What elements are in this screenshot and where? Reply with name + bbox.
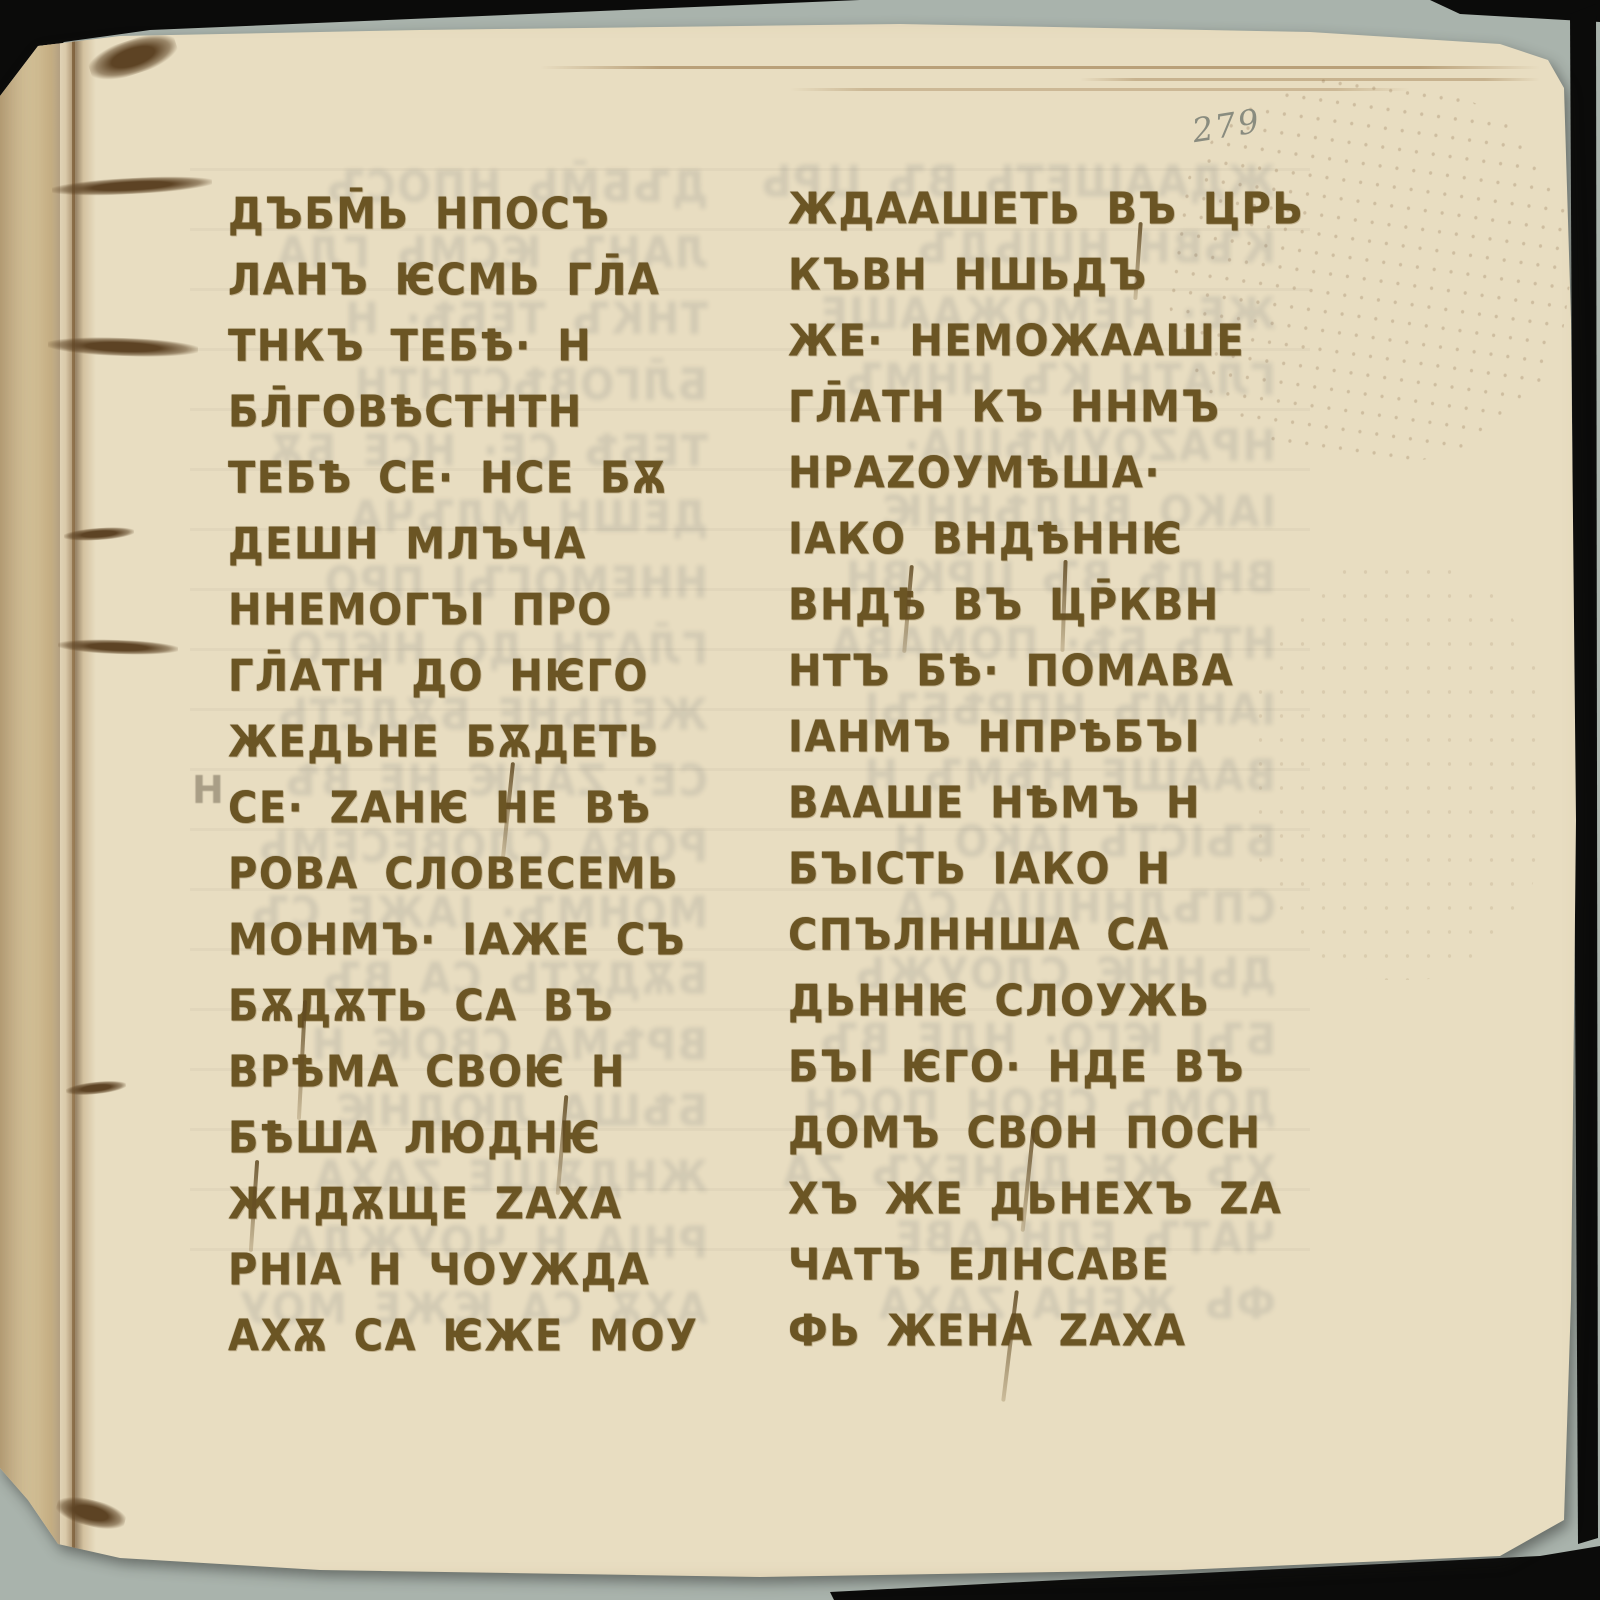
manuscript-line: ДОМЪ СВОН ПОСН (796, 1073, 1276, 1139)
manuscript-line: СЕ· ZАНѤ НЕ ВѢ (228, 775, 708, 841)
parchment-freckles (1146, 54, 1595, 486)
ink-showthrough-left: ДЪБМ̄Ь НПОСЪЛАНЪ ѤСМЬ ГЛ̄АТНКЪ ТЕБѢ· НБЛ… (238, 154, 708, 1342)
manuscript-line: РНІА Н ЧОУЖДА (228, 1237, 708, 1303)
manuscript-line: РНІА Н ЧОУЖДА (238, 1210, 708, 1276)
manuscript-line: БЪІСТЬ ІАКО Н (788, 836, 1278, 902)
manuscript-line: ЖДААШЕТЬ ВЪ ЦРЬ (796, 149, 1276, 215)
folio-number: 279 (1189, 101, 1263, 150)
manuscript-line: ЛАНЪ ѤСМЬ ГЛ̄А (238, 220, 708, 286)
manuscript-line: ДЬННѤ СЛОУЖЬ (788, 968, 1278, 1034)
sewing-stitch (66, 1079, 127, 1097)
manuscript-line: ВРѢМА СВОѤ Н (238, 1012, 708, 1078)
manuscript-line: ЧАТЪ ЕЛНСАВЕ (788, 1232, 1278, 1298)
binding-crease (72, 36, 75, 1552)
ink-descender-stroke (249, 1160, 259, 1252)
manuscript-line: ВААШЕ НѢМЪ Н (796, 743, 1276, 809)
sewing-stitch (64, 526, 135, 543)
manuscript-line: ІАНМЪ НПРѢБЪІ (796, 677, 1276, 743)
manuscript-line: ЖДААШЕТЬ ВЪ ЦРЬ (788, 176, 1278, 242)
leaf-edge-line (540, 66, 1540, 69)
manuscript-line: ГЛ̄АТН ДО НѤГО (238, 616, 708, 682)
manuscript-line: ЖЕ· НЕМОЖААШЕ (796, 281, 1276, 347)
manuscript-line: ДЕШН МЛЪЧА (228, 511, 708, 577)
manuscript-line: ВААШЕ НѢМЪ Н (788, 770, 1278, 836)
manuscript-line: СПЪЛННША СА (788, 902, 1278, 968)
manuscript-line: РОВА СЛОВЕСЕМЬ (238, 814, 708, 880)
manuscript-line: ТНКЪ ТЕБѢ· Н (238, 286, 708, 352)
sewing-stitch (48, 335, 199, 358)
manuscript-line: ННЕМОГЪІ ПРО (228, 577, 708, 643)
ink-descender-stroke (1001, 1290, 1019, 1402)
manuscript-line: БЛ̄ГОВѢСТНТН (238, 352, 708, 418)
manuscript-line: БѢША ЛЮДНѤ (228, 1105, 708, 1171)
manuscript-line: ЧАТЪ ЕЛНСАВЕ (796, 1205, 1276, 1271)
manuscript-line: ЖНДѪЩЕ ZАХА (238, 1144, 708, 1210)
manuscript-line: ТЕБѢ СЕ· НСЕ БѪ (238, 418, 708, 484)
leaf-edge-line (1080, 78, 1540, 81)
manuscript-line: АХѪ СА ѤЖЕ МОУ (238, 1276, 708, 1342)
manuscript-line: ЛАНЪ ѤСМЬ ГЛ̄А (228, 247, 708, 313)
manuscript-line: ЖЕДЬНЕ БѪДЕТЬ (238, 682, 708, 748)
ink-descender-stroke (1133, 222, 1142, 300)
manuscript-line: БЛ̄ГОВѢСТНТН (228, 379, 708, 445)
manuscript-line: МОНМЪ· ІАЖЕ СЪ (228, 907, 708, 973)
manuscript-line: ХЪ ЖЕ ДЬНЕХЪ ZА (788, 1166, 1278, 1232)
manuscript-line: ЖНДѪЩЕ ZАХА (228, 1171, 708, 1237)
ink-descender-stroke (556, 1095, 569, 1195)
manuscript-line: ГЛ̄АТН ДО НѤГО (228, 643, 708, 709)
manuscript-line: ІАНМЪ НПРѢБЪІ (788, 704, 1278, 770)
manuscript-line: РОВА СЛОВЕСЕМЬ (228, 841, 708, 907)
manuscript-line: ДЪБМ̄Ь НПОСЪ (238, 154, 708, 220)
manuscript-line: СЕ· ZАНѤ НЕ ВѢ (238, 748, 708, 814)
ink-descender-stroke (297, 1000, 307, 1120)
text-column-right: ЖДААШЕТЬ ВЪ ЦРЬКЪВН НШЬДЪЖЕ· НЕМОЖААШЕГЛ… (788, 176, 1278, 1364)
ruling-lines (190, 168, 1310, 1268)
manuscript-line: БѢША ЛЮДНѤ (238, 1078, 708, 1144)
parchment-freckles (1250, 560, 1550, 980)
sewing-stitch (54, 1492, 128, 1534)
manuscript-line: ДЪБМ̄Ь НПОСЪ (228, 181, 708, 247)
parchment-page: ДЪБМ̄Ь НПОСЪЛАНЪ ѤСМЬ ГЛ̄АТНКЪ ТЕБѢ· НБЛ… (0, 0, 1600, 1600)
marginal-letter: Н (192, 768, 224, 812)
manuscript-line: КЪВН НШЬДЪ (788, 242, 1278, 308)
manuscript-line: ГЛ̄АТН КЪ ННМЪ (796, 347, 1276, 413)
manuscript-line: ІАКО ВНДѢННѤ (796, 479, 1276, 545)
binding-fold (54, 32, 96, 1554)
manuscript-line: ВНДѢ ВЪ ЦР̄КВН (796, 545, 1276, 611)
manuscript-line: БѪДѪТЬ СА ВЪ (238, 946, 708, 1012)
facing-leaf-edge (0, 40, 60, 1552)
manuscript-line: ТНКЪ ТЕБѢ· Н (228, 313, 708, 379)
manuscript-photograph: ДЪБМ̄Ь НПОСЪЛАНЪ ѤСМЬ ГЛ̄АТНКЪ ТЕБѢ· НБЛ… (0, 0, 1600, 1600)
ink-descender-stroke (1060, 560, 1067, 652)
manuscript-line: НРАZОУМѢША· (796, 413, 1276, 479)
sewing-stitch (52, 174, 213, 198)
manuscript-line: ТЕБѢ СЕ· НСЕ БѪ (228, 445, 708, 511)
manuscript-line: ФЬ ЖЕНА ZАХА (788, 1298, 1278, 1364)
manuscript-line: ДЕШН МЛЪЧА (238, 484, 708, 550)
manuscript-line: ВРѢМА СВОѤ Н (228, 1039, 708, 1105)
manuscript-line: ФЬ ЖЕНА ZАХА (796, 1271, 1276, 1337)
manuscript-line: БЪІ ѤГО· НДЕ ВЪ (796, 1007, 1276, 1073)
manuscript-line: ЖЕ· НЕМОЖААШЕ (788, 308, 1278, 374)
manuscript-line: БѪДѪТЬ СА ВЪ (228, 973, 708, 1039)
manuscript-line: ІАКО ВНДѢННѤ (788, 506, 1278, 572)
manuscript-line: ВНДѢ ВЪ ЦР̄КВН (788, 572, 1278, 638)
sewing-stitch (85, 27, 181, 87)
manuscript-line: ДОМЪ СВОН ПОСН (788, 1100, 1278, 1166)
ink-showthrough-right: ЖДААШЕТЬ ВЪ ЦРЬКЪВН НШЬДЪЖЕ· НЕМОЖААШЕГЛ… (796, 149, 1276, 1337)
manuscript-line: АХѪ СА ѤЖЕ МОУ (228, 1303, 708, 1369)
manuscript-line: ЖЕДЬНЕ БѪДЕТЬ (228, 709, 708, 775)
manuscript-line: ГЛ̄АТН КЪ ННМЪ (788, 374, 1278, 440)
manuscript-line: НТЪ БѢ· ПОМАВА (788, 638, 1278, 704)
ink-descender-stroke (501, 762, 515, 858)
manuscript-line: ННЕМОГЪІ ПРО (238, 550, 708, 616)
manuscript-line: ДЬННѤ СЛОУЖЬ (796, 941, 1276, 1007)
manuscript-line: БЪІ ѤГО· НДЕ ВЪ (788, 1034, 1278, 1100)
manuscript-line: МОНМЪ· ІАЖЕ СЪ (238, 880, 708, 946)
manuscript-line: ХЪ ЖЕ ДЬНЕХЪ ZА (796, 1139, 1276, 1205)
text-column-left: ДЪБМ̄Ь НПОСЪЛАНЪ ѤСМЬ ГЛ̄АТНКЪ ТЕБѢ· НБЛ… (228, 181, 708, 1369)
manuscript-line: СПЪЛННША СА (796, 875, 1276, 941)
sewing-stitch (58, 638, 178, 656)
ink-descender-stroke (902, 565, 914, 653)
manuscript-line: НРАZОУМѢША· (788, 440, 1278, 506)
manuscript-line: НТЪ БѢ· ПОМАВА (796, 611, 1276, 677)
manuscript-line: КЪВН НШЬДЪ (796, 215, 1276, 281)
leaf-edge-line (790, 88, 1410, 91)
ink-descender-stroke (1021, 1128, 1036, 1232)
manuscript-line: БЪІСТЬ ІАКО Н (796, 809, 1276, 875)
